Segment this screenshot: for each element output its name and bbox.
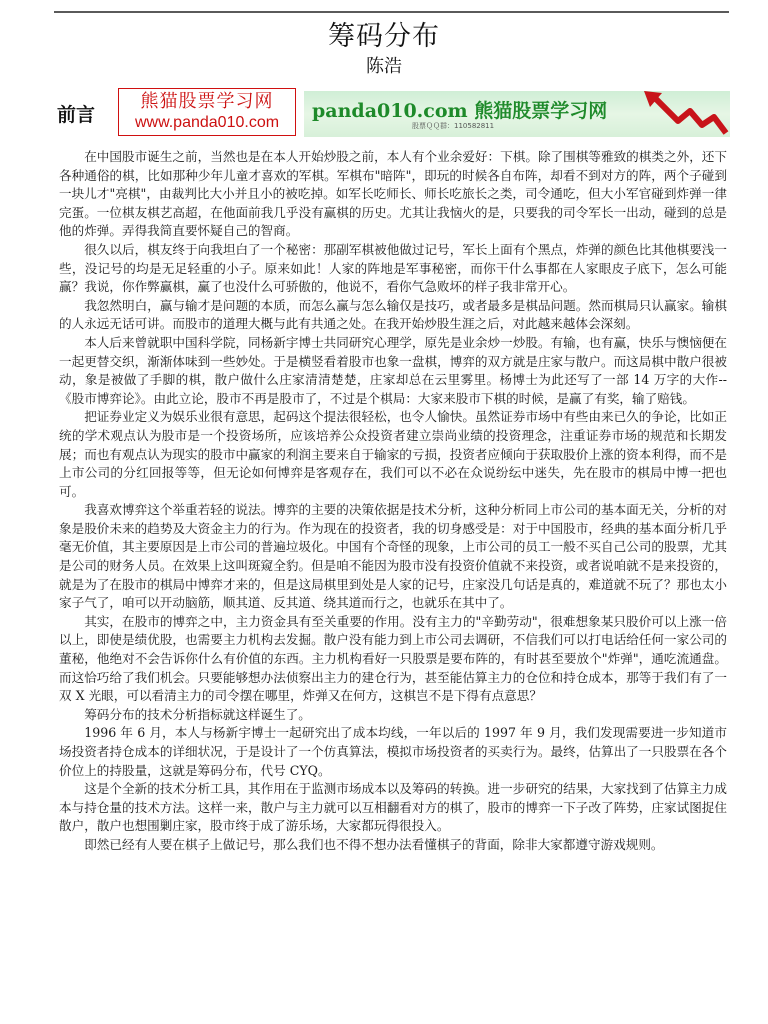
banner-green-brand: panda010.com 熊猫股票学习网: [312, 96, 607, 123]
paragraph: 很久以后，棋友终于向我坦白了一个秘密：那副军棋被他做过记号，军长上面有个黑点，炸…: [59, 241, 727, 297]
banner-panda-green[interactable]: panda010.com 熊猫股票学习网 股票ＱＱ群：110582811: [304, 91, 730, 137]
document-author: 陈浩: [0, 52, 768, 78]
section-heading: 前言: [57, 100, 95, 127]
paragraph: 1996 年 6 月，本人与杨新宇博士一起研究出了成本均线，一年以后的 1997…: [59, 724, 727, 780]
banner-red-url: www.panda010.com: [119, 113, 295, 133]
paragraph: 把证券业定义为娱乐业很有意思，起码这个提法很轻松，也令人愉快。虽然证券市场中有些…: [59, 408, 727, 501]
red-arrow-chart-icon: [640, 91, 730, 137]
document-title: 筹码分布: [0, 14, 768, 53]
paragraph: 其实，在股市的博弈之中，主力资金具有至关重要的作用。没有主力的"辛勤劳动"，很难…: [59, 613, 727, 706]
paragraph: 本人后来曾就职中国科学院，同杨新宇博士共同研究心理学，原先是业余炒一炒股。有输，…: [59, 334, 727, 408]
paragraph: 即然已经有人要在棋子上做记号，那么我们也不得不想办法看懂棋子的背面，除非大家都遵…: [59, 836, 727, 855]
paragraph: 这是个全新的技术分析工具，其作用在于监测市场成本以及筹码的转换。进一步研究的结果…: [59, 780, 727, 836]
banner-panda-red[interactable]: 熊猫股票学习网 www.panda010.com: [118, 88, 296, 136]
paragraph: 我喜欢博弈这个举重若轻的说法。博弈的主要的决策依据是技术分析，这种分析同上市公司…: [59, 501, 727, 613]
banner-green-qq: 股票ＱＱ群：110582811: [412, 121, 494, 131]
paragraph: 我忽然明白，赢与输才是问题的本质，而怎么赢与怎么输仅是技巧，或者最多是棋品问题。…: [59, 297, 727, 334]
paragraph: 筹码分布的技术分析指标就这样诞生了。: [59, 706, 727, 725]
header-rule: [54, 11, 729, 13]
paragraph: 在中国股市诞生之前，当然也是在本人开始炒股之前，本人有个业余爱好：下棋。除了围棋…: [59, 148, 727, 241]
document-body: 在中国股市诞生之前，当然也是在本人开始炒股之前，本人有个业余爱好：下棋。除了围棋…: [59, 148, 727, 855]
banner-red-title: 熊猫股票学习网: [119, 91, 295, 113]
